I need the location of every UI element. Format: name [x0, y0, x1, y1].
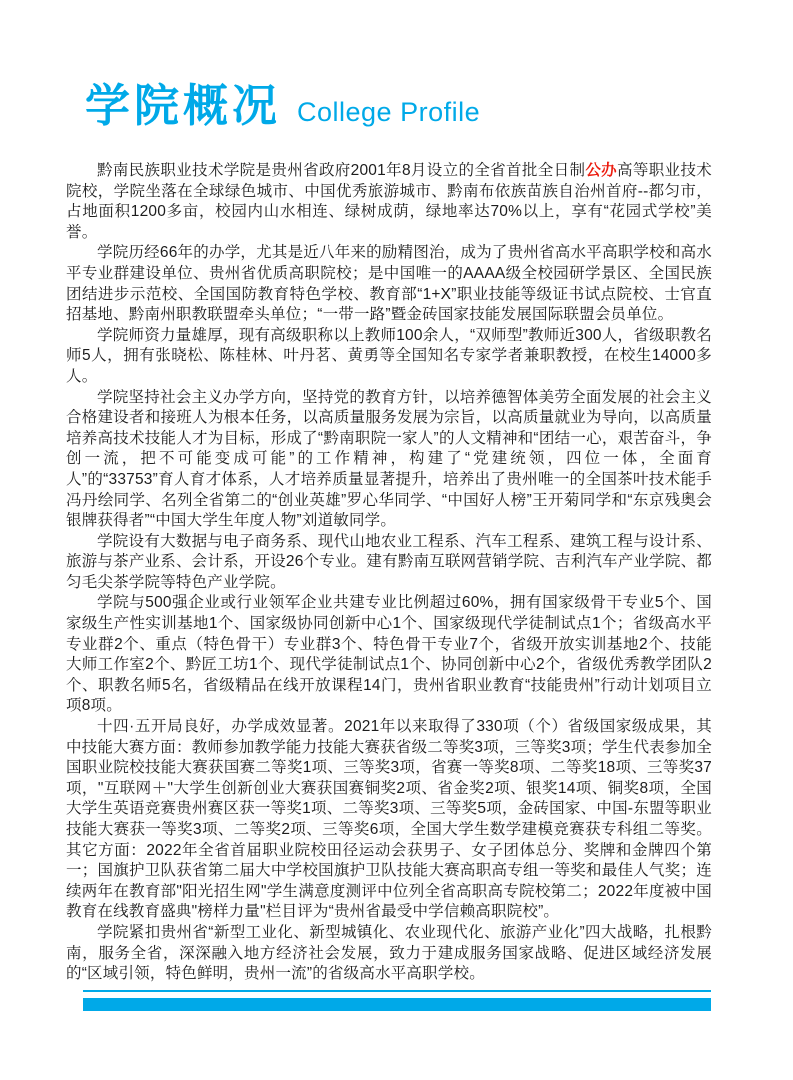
page-header: 学院概况 College Profile: [85, 80, 480, 132]
paragraph-departments: 学院设有大数据与电子商务系、现代山地农业工程系、汽车工程系、建筑工程与设计系、旅…: [66, 532, 712, 594]
page-title: 学院概况: [85, 80, 281, 132]
highlight-public-funded: 公办: [585, 162, 617, 179]
page-title-en: College Profile: [297, 97, 480, 128]
paragraph-faculty: 学院师资力量雄厚，现有高级职称以上教师100余人，“双师型”教师近300人，省级…: [66, 326, 712, 388]
intro-text-pre: 黔南民族职业技术学院是贵州省政府2001年8月设立的全省首批全日制: [97, 162, 585, 179]
paragraph-achievements: 十四·五开局良好，办学成效显著。2021年以来取得了330项（个）省级国家级成果…: [66, 717, 712, 923]
profile-article: 黔南民族职业技术学院是贵州省政府2001年8月设立的全省首批全日制公办高等职业技…: [66, 161, 712, 985]
paragraph-education-philosophy: 学院坚持社会主义办学方向，坚持党的教育方针，以培养德智体美劳全面发展的社会主义合…: [66, 388, 712, 532]
paragraph-enterprise-cooperation: 学院与500强企业或行业领军企业共建专业比例超过60%，拥有国家级骨干专业5个、…: [66, 593, 712, 717]
footer-rule-thin: [83, 990, 711, 992]
paragraph-strategy: 学院紧扣贵州省“新型工业化、新型城镇化、农业现代化、旅游产业化”四大战略，扎根黔…: [66, 923, 712, 985]
paragraph-history: 学院历经66年的办学，尤其是近八年来的励精图治，成为了贵州省高水平高职学校和高水…: [66, 243, 712, 325]
footer-rule-thick: [83, 998, 711, 1011]
paragraph-intro: 黔南民族职业技术学院是贵州省政府2001年8月设立的全省首批全日制公办高等职业技…: [66, 161, 712, 243]
